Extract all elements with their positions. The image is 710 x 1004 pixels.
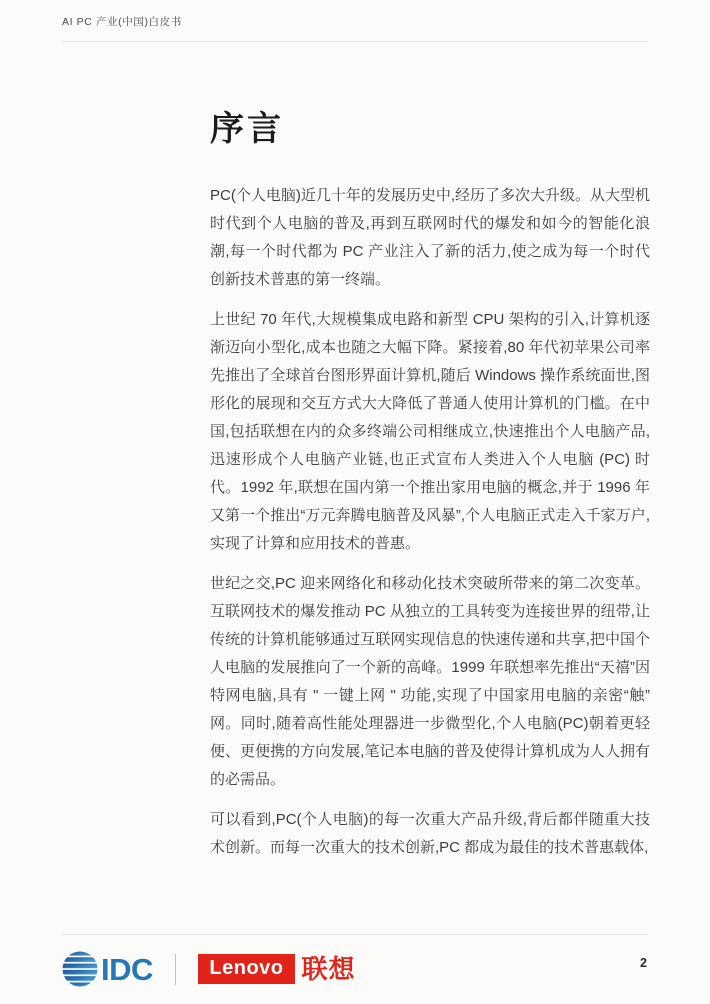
paragraph-4: 可以看到,PC(个人电脑)的每一次重大产品升级,背后都伴随重大技术创新。而每一次… (210, 806, 650, 862)
page-number: 2 (640, 956, 647, 970)
main-content: 序言 PC(个人电脑)近几十年的发展历史中,经历了多次大升级。从大型机时代到个人… (210, 106, 650, 862)
idc-logo: IDC (62, 951, 153, 987)
document-page: AI PC 产业(中国)白皮书 序言 PC(个人电脑)近几十年的发展历史中,经历… (0, 0, 710, 1004)
footer-divider (62, 934, 648, 935)
lenovo-wordmark: Lenovo (198, 954, 294, 984)
footer-logos: IDC Lenovo 联想 (62, 948, 356, 990)
header-divider (62, 41, 648, 42)
running-header: AI PC 产业(中国)白皮书 (62, 14, 182, 29)
idc-globe-icon (62, 951, 98, 987)
lenovo-logo: Lenovo 联想 (198, 954, 355, 984)
lenovo-chinese-wordmark: 联想 (302, 956, 356, 982)
logo-separator (175, 954, 177, 985)
idc-wordmark: IDC (101, 954, 153, 985)
paragraph-2: 上世纪 70 年代,大规模集成电路和新型 CPU 架构的引入,计算机逐渐迈向小型… (210, 306, 650, 558)
paragraph-1: PC(个人电脑)近几十年的发展历史中,经历了多次大升级。从大型机时代到个人电脑的… (210, 182, 650, 294)
page-title: 序言 (210, 106, 650, 152)
paragraph-3: 世纪之交,PC 迎来网络化和移动化技术突破所带来的第二次变革。互联网技术的爆发推… (210, 570, 650, 794)
